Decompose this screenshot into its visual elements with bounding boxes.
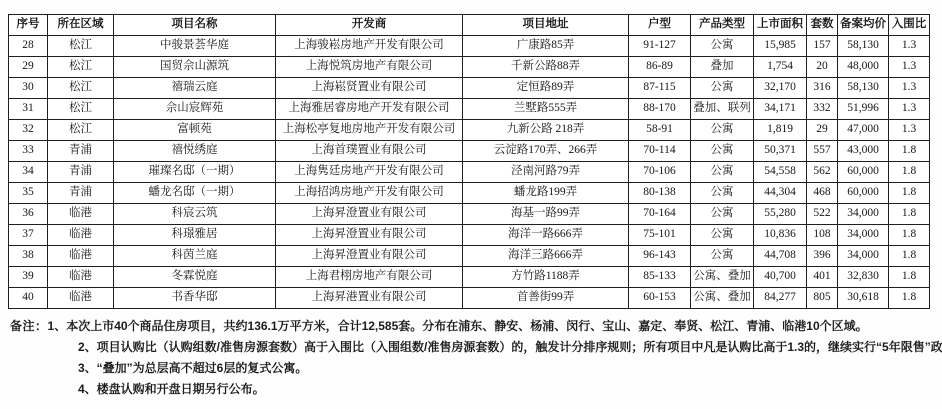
table-cell: 1,754 [754, 57, 807, 78]
table-cell: 蟠龙路199弄 [463, 183, 629, 204]
table-cell: 48,000 [838, 57, 889, 78]
table-cell: 85-133 [629, 267, 691, 288]
table-cell: 上海君栩房地产有限公司 [276, 267, 463, 288]
table-cell: 青浦 [48, 183, 114, 204]
table-cell: 562 [807, 162, 838, 183]
table-cell: 15,985 [754, 36, 807, 57]
table-cell: 31 [9, 99, 48, 120]
table-cell: 公寓 [691, 141, 754, 162]
table-row: 38临港科茵兰庭上海昇澄置业有限公司海洋三路666弄96-143公寓44,708… [9, 246, 930, 267]
table-cell: 36 [9, 204, 48, 225]
note-line-2: 2、项目认购比（认购组数/准售房源套数）高于入围比（入围组数/准售房源套数）的，… [10, 337, 935, 358]
column-header: 项目名称 [114, 15, 276, 36]
notes-label: 备注： [10, 319, 48, 333]
table-row: 31松江佘山宸辉苑上海雅居睿房地产开发有限公司兰墅路555弄88-170叠加、联… [9, 99, 930, 120]
table-cell: 广康路85弄 [463, 36, 629, 57]
table-cell: 86-89 [629, 57, 691, 78]
table-cell: 1.8 [889, 141, 930, 162]
table-cell: 34,000 [838, 246, 889, 267]
table-cell: 34,171 [754, 99, 807, 120]
table-cell: 1,819 [754, 120, 807, 141]
table-cell: 40 [9, 288, 48, 309]
table-cell: 1.3 [889, 57, 930, 78]
table-cell: 佘山宸辉苑 [114, 99, 276, 120]
table-cell: 临港 [48, 267, 114, 288]
table-row: 34青浦璀璨名邸（一期）上海隽廷房地产开发有限公司泾南河路79弄70-106公寓… [9, 162, 930, 183]
table-cell: 中骏景荟华庭 [114, 36, 276, 57]
table-cell: 公寓 [691, 36, 754, 57]
table-cell: 公寓 [691, 204, 754, 225]
table-cell: 1.8 [889, 246, 930, 267]
table-cell: 87-115 [629, 78, 691, 99]
table-cell: 50,371 [754, 141, 807, 162]
table-cell: 60-153 [629, 288, 691, 309]
table-cell: 32,830 [838, 267, 889, 288]
table-cell: 青浦 [48, 141, 114, 162]
table-cell: 冬霖悦庭 [114, 267, 276, 288]
table-cell: 34 [9, 162, 48, 183]
table-row: 40临港书香华邸上海昇港置业有限公司首善街99弄60-153公寓、叠加84,27… [9, 288, 930, 309]
table-cell: 55,280 [754, 204, 807, 225]
table-cell: 157 [807, 36, 838, 57]
table-cell: 富顿苑 [114, 120, 276, 141]
table-cell: 叠加 [691, 57, 754, 78]
table-cell: 上海昇港置业有限公司 [276, 288, 463, 309]
table-cell: 805 [807, 288, 838, 309]
table-cell: 75-101 [629, 225, 691, 246]
table-cell: 上海骏崧房地产开发有限公司 [276, 36, 463, 57]
table-row: 29松江国贸佘山源筑上海悦筑房地产有限公司千新公路88弄86-89叠加1,754… [9, 57, 930, 78]
table-cell: 上海昇澄置业有限公司 [276, 204, 463, 225]
column-header: 所在区域 [48, 15, 114, 36]
column-header: 序号 [9, 15, 48, 36]
table-cell: 58,130 [838, 36, 889, 57]
table-cell: 37 [9, 225, 48, 246]
table-cell: 九新公路 218弄 [463, 120, 629, 141]
table-cell: 28 [9, 36, 48, 57]
table-cell: 公寓、叠加 [691, 288, 754, 309]
table-cell: 松江 [48, 78, 114, 99]
table-cell: 公寓 [691, 78, 754, 99]
table-cell: 51,996 [838, 99, 889, 120]
table-cell: 1.8 [889, 267, 930, 288]
table-row: 39临港冬霖悦庭上海君栩房地产有限公司方竹路1188弄85-133公寓、叠加40… [9, 267, 930, 288]
column-header: 上市面积 [754, 15, 807, 36]
table-row: 33青浦禧悦绣庭上海首璞置业有限公司云淀路170弄、266弄70-114公寓50… [9, 141, 930, 162]
table-cell: 松江 [48, 36, 114, 57]
table-cell: 临港 [48, 225, 114, 246]
table-cell: 40,700 [754, 267, 807, 288]
table-cell: 松江 [48, 57, 114, 78]
table-row: 32松江富顿苑上海松亭复地房地产开发有限公司九新公路 218弄58-91公寓1,… [9, 120, 930, 141]
table-cell: 临港 [48, 246, 114, 267]
table-cell: 上海招鸿房地产开发有限公司 [276, 183, 463, 204]
table-cell: 公寓 [691, 246, 754, 267]
table-cell: 1.3 [889, 99, 930, 120]
table-row: 30松江禧瑞云庭上海崧贤置业有限公司定恒路89弄87-115公寓32,17031… [9, 78, 930, 99]
table-cell: 1.8 [889, 288, 930, 309]
table-cell: 首善街99弄 [463, 288, 629, 309]
table-cell: 国贸佘山源筑 [114, 57, 276, 78]
table-cell: 海洋三路666弄 [463, 246, 629, 267]
table-cell: 叠加、联列 [691, 99, 754, 120]
table-cell: 上海隽廷房地产开发有限公司 [276, 162, 463, 183]
table-cell: 557 [807, 141, 838, 162]
table-cell: 332 [807, 99, 838, 120]
table-cell: 科璟雅居 [114, 225, 276, 246]
table-cell: 54,558 [754, 162, 807, 183]
table-cell: 上海昇澄置业有限公司 [276, 246, 463, 267]
table-cell: 书香华邸 [114, 288, 276, 309]
table-cell: 兰墅路555弄 [463, 99, 629, 120]
table-cell: 云淀路170弄、266弄 [463, 141, 629, 162]
table-cell: 上海昇澄置业有限公司 [276, 225, 463, 246]
table-cell: 30 [9, 78, 48, 99]
housing-projects-table: 序号所在区域项目名称开发商项目地址户型产品类型上市面积套数备案均价入围比 28松… [8, 14, 930, 309]
table-cell: 32,170 [754, 78, 807, 99]
table-cell: 468 [807, 183, 838, 204]
table-cell: 临港 [48, 288, 114, 309]
table-cell: 1.3 [889, 36, 930, 57]
table-cell: 80-138 [629, 183, 691, 204]
table-cell: 方竹路1188弄 [463, 267, 629, 288]
column-header: 产品类型 [691, 15, 754, 36]
table-cell: 公寓 [691, 120, 754, 141]
table-cell: 34,000 [838, 204, 889, 225]
column-header: 入围比 [889, 15, 930, 36]
table-cell: 58,130 [838, 78, 889, 99]
table-cell: 88-170 [629, 99, 691, 120]
table-cell: 401 [807, 267, 838, 288]
table-cell: 20 [807, 57, 838, 78]
table-cell: 1.8 [889, 183, 930, 204]
note-line-4: 4、楼盘认购和开盘日期另行公布。 [10, 379, 935, 400]
table-cell: 上海雅居睿房地产开发有限公司 [276, 99, 463, 120]
table-cell: 32 [9, 120, 48, 141]
table-cell: 公寓 [691, 162, 754, 183]
table-cell: 44,304 [754, 183, 807, 204]
table-cell: 47,000 [838, 120, 889, 141]
table-row: 28松江中骏景荟华庭上海骏崧房地产开发有限公司广康路85弄91-127公寓15,… [9, 36, 930, 57]
table-cell: 10,836 [754, 225, 807, 246]
column-header: 套数 [807, 15, 838, 36]
table-cell: 30,618 [838, 288, 889, 309]
table-cell: 科茵兰庭 [114, 246, 276, 267]
table-cell: 璀璨名邸（一期） [114, 162, 276, 183]
table-cell: 1.3 [889, 120, 930, 141]
table-cell: 公寓、叠加 [691, 267, 754, 288]
table-cell: 海基一路99弄 [463, 204, 629, 225]
table-cell: 公寓 [691, 183, 754, 204]
table-cell: 上海松亭复地房地产开发有限公司 [276, 120, 463, 141]
table-cell: 1.3 [889, 78, 930, 99]
column-header: 户型 [629, 15, 691, 36]
housing-listing-notice-page: 序号所在区域项目名称开发商项目地址户型产品类型上市面积套数备案均价入围比 28松… [0, 0, 942, 409]
table-cell: 60,000 [838, 183, 889, 204]
table-cell: 29 [9, 57, 48, 78]
table-cell: 44,708 [754, 246, 807, 267]
table-cell: 千新公路88弄 [463, 57, 629, 78]
table-row: 37临港科璟雅居上海昇澄置业有限公司海洋一路666弄75-101公寓10,836… [9, 225, 930, 246]
column-header: 备案均价 [838, 15, 889, 36]
table-cell: 58-91 [629, 120, 691, 141]
table-cell: 松江 [48, 99, 114, 120]
table-cell: 上海首璞置业有限公司 [276, 141, 463, 162]
table-cell: 108 [807, 225, 838, 246]
table-cell: 38 [9, 246, 48, 267]
note-line-3: 3、“叠加”为总层高不超过6层的复式公寓。 [10, 358, 935, 379]
table-cell: 70-164 [629, 204, 691, 225]
table-cell: 临港 [48, 204, 114, 225]
table-cell: 公寓 [691, 225, 754, 246]
table-cell: 70-114 [629, 141, 691, 162]
table-cell: 91-127 [629, 36, 691, 57]
table-cell: 316 [807, 78, 838, 99]
table-cell: 43,000 [838, 141, 889, 162]
table-cell: 70-106 [629, 162, 691, 183]
table-cell: 青浦 [48, 162, 114, 183]
note-line-1: 备注：1、本次上市40个商品住房项目，共约136.1万平方米，合计12,585套… [10, 316, 935, 337]
table-cell: 上海崧贤置业有限公司 [276, 78, 463, 99]
table-cell: 定恒路89弄 [463, 78, 629, 99]
table-body: 28松江中骏景荟华庭上海骏崧房地产开发有限公司广康路85弄91-127公寓15,… [9, 36, 930, 309]
notes-section: 备注：1、本次上市40个商品住房项目，共约136.1万平方米，合计12,585套… [10, 316, 935, 400]
table-header-row: 序号所在区域项目名称开发商项目地址户型产品类型上市面积套数备案均价入围比 [9, 15, 930, 36]
table-cell: 海洋一路666弄 [463, 225, 629, 246]
table-cell: 泾南河路79弄 [463, 162, 629, 183]
column-header: 开发商 [276, 15, 463, 36]
table-cell: 禧瑞云庭 [114, 78, 276, 99]
table-cell: 84,277 [754, 288, 807, 309]
table-cell: 1.8 [889, 204, 930, 225]
table-cell: 34,000 [838, 225, 889, 246]
table-cell: 39 [9, 267, 48, 288]
table-cell: 蟠龙名邸（一期） [114, 183, 276, 204]
table-row: 36临港科宸云筑上海昇澄置业有限公司海基一路99弄70-164公寓55,2805… [9, 204, 930, 225]
table-cell: 1.8 [889, 162, 930, 183]
table-cell: 禧悦绣庭 [114, 141, 276, 162]
table-cell: 396 [807, 246, 838, 267]
table-row: 35青浦蟠龙名邸（一期）上海招鸿房地产开发有限公司蟠龙路199弄80-138公寓… [9, 183, 930, 204]
column-header: 项目地址 [463, 15, 629, 36]
table-cell: 33 [9, 141, 48, 162]
table-cell: 松江 [48, 120, 114, 141]
table-cell: 96-143 [629, 246, 691, 267]
table-cell: 科宸云筑 [114, 204, 276, 225]
table-cell: 35 [9, 183, 48, 204]
table-cell: 60,000 [838, 162, 889, 183]
table-cell: 上海悦筑房地产有限公司 [276, 57, 463, 78]
table-cell: 1.8 [889, 225, 930, 246]
table-cell: 522 [807, 204, 838, 225]
note-text-1: 1、本次上市40个商品住房项目，共约136.1万平方米，合计12,585套。分布… [48, 319, 868, 333]
table-cell: 29 [807, 120, 838, 141]
